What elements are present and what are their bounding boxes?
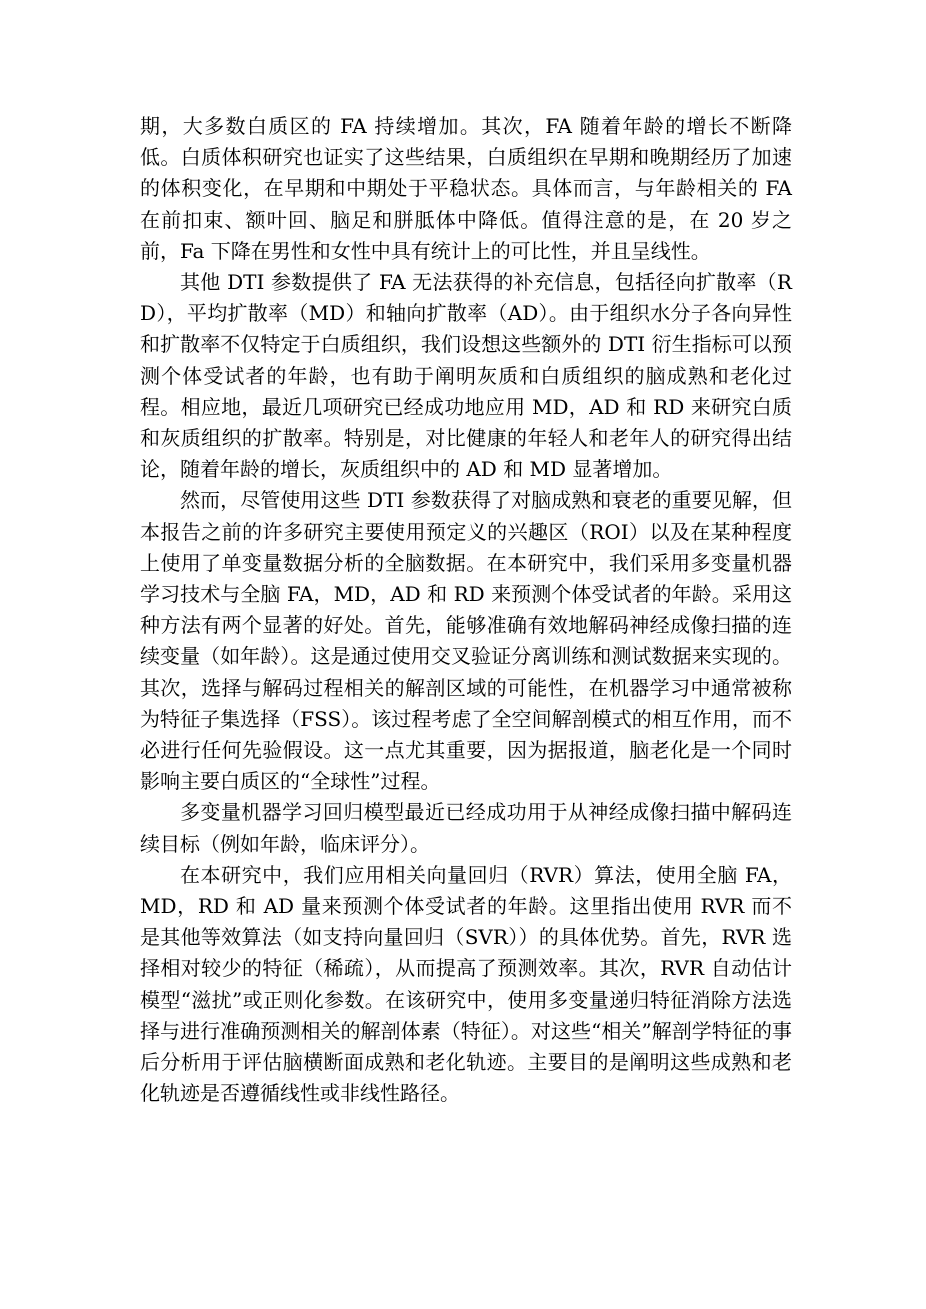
paragraph-regression-models: 多变量机器学习回归模型最近已经成功用于从神经成像扫描中解码连续目标（例如年龄，临… — [140, 797, 792, 859]
text-block: 期，大多数白质区的 FA 持续增加。其次，FA 随着年龄的增长不断降低。白质体积… — [140, 111, 792, 1110]
paragraph-other-dti-parameters: 其他 DTI 参数提供了 FA 无法获得的补充信息，包括径向扩散率（RD），平均… — [140, 267, 792, 485]
paragraph-fa-age-trends: 期，大多数白质区的 FA 持续增加。其次，FA 随着年龄的增长不断降低。白质体积… — [140, 111, 792, 267]
document-page: 期，大多数白质区的 FA 持续增加。其次，FA 随着年龄的增长不断降低。白质体积… — [0, 0, 926, 1309]
paragraph-multivariate-ml-approach: 然而，尽管使用这些 DTI 参数获得了对脑成熟和衰老的重要见解，但本报告之前的许… — [140, 485, 792, 797]
paragraph-rvr-algorithm: 在本研究中，我们应用相关向量回归（RVR）算法，使用全脑 FA，MD，RD 和 … — [140, 860, 792, 1110]
